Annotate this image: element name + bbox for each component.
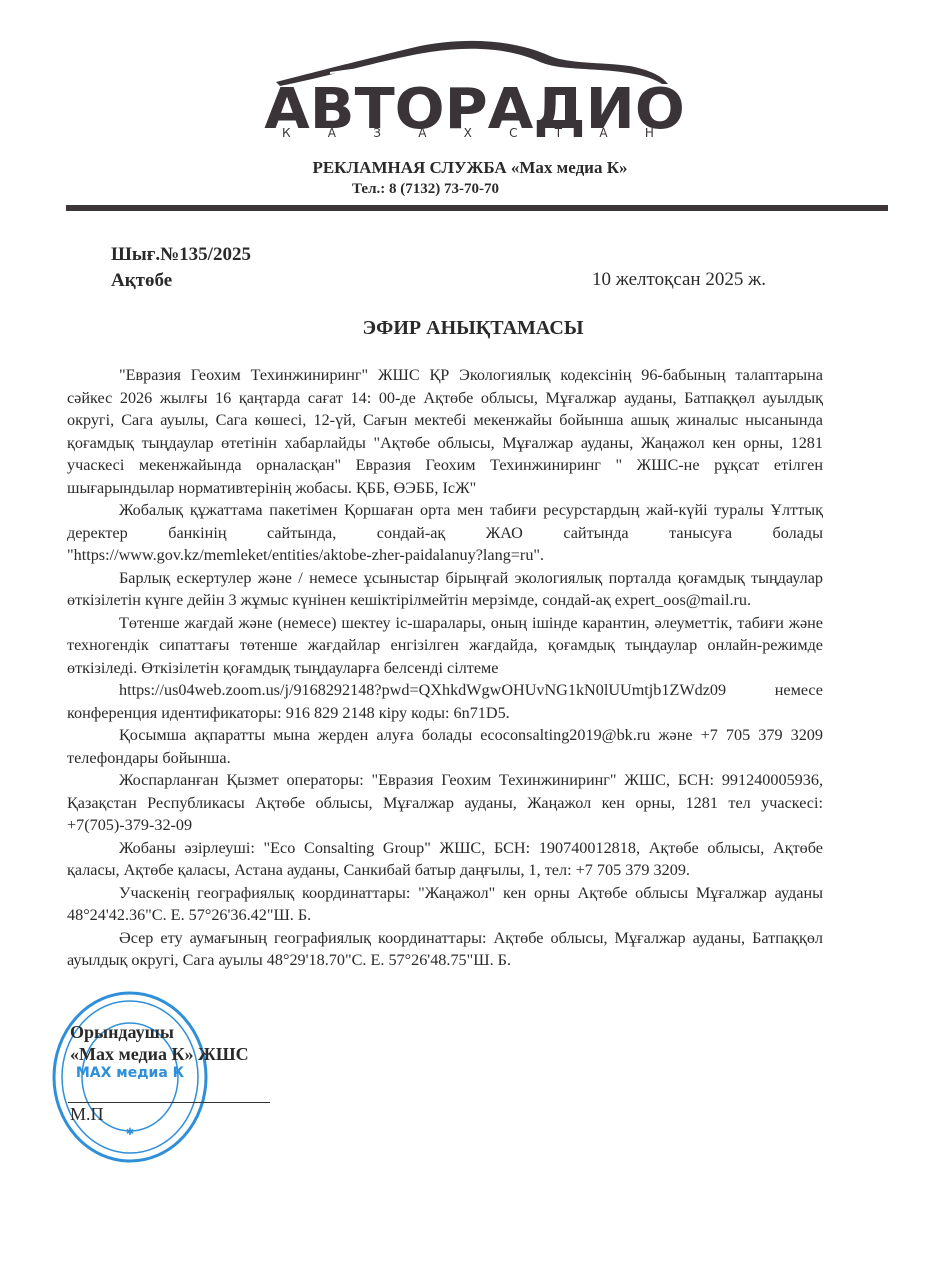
header-divider	[66, 205, 888, 211]
paragraph-operator: Жоспарланған Қызмет операторы: "Евразия …	[67, 769, 823, 837]
brand-subtitle-letter: А	[328, 126, 336, 140]
paragraph-zoom-link: https://us04web.zoom.us/j/9168292148?pwd…	[67, 679, 823, 724]
signature-line	[68, 1102, 270, 1103]
signer-organization: «Max медиа К» ЖШС	[70, 1044, 249, 1065]
paragraph-developer: Жобаны әзірлеуші: "Eco Consalting Group"…	[67, 837, 823, 882]
brand-subtitle-letter: К	[282, 126, 291, 140]
paragraph-comments: Барлық ескертулер және / немесе ұсыныста…	[67, 567, 823, 612]
brand-subtitle-letter: Т	[555, 126, 562, 140]
paragraph-impact-coordinates: Әсер ету аумағының географиялық координа…	[67, 927, 823, 972]
document-body: "Евразия Геохим Техинжиниринг" ЖШС ҚР Эк…	[67, 364, 823, 972]
svg-text:MAX медиа К: MAX медиа К	[76, 1065, 185, 1081]
company-stamp-icon: MAX медиа К ✱	[50, 985, 210, 1165]
city: Ақтөбе	[111, 270, 172, 292]
paragraph-contact: Қосымша ақпаратты мына жерден алуға бола…	[67, 724, 823, 769]
brand-subtitle-letter: Х	[464, 126, 472, 140]
brand-subtitle-letter: А	[418, 126, 426, 140]
document-date: 10 желтоқсан 2025 ж.	[592, 269, 766, 291]
service-line: РЕКЛАМНАЯ СЛУЖБА «Max медиа К»	[0, 158, 930, 178]
brand-subtitle-letter: Н	[645, 126, 654, 140]
document-title: ЭФИР АНЫҚТАМАСЫ	[0, 317, 930, 340]
seal-place-label: М.П	[70, 1104, 104, 1125]
svg-text:✱: ✱	[126, 1127, 134, 1138]
paragraph-announcement: "Евразия Геохим Техинжиниринг" ЖШС ҚР Эк…	[67, 364, 823, 499]
paragraph-site-coordinates: Учаскенің географиялық координаттары: "Ж…	[67, 882, 823, 927]
brand-subtitle: КАЗАХСТАН	[282, 126, 654, 140]
signer-role: Орындаушы	[70, 1022, 174, 1043]
paragraph-emergency: Төтенше жағдай және (немесе) шектеу іс-ш…	[67, 612, 823, 680]
phone-line: Тел.: 8 (7132) 73-70-70	[352, 181, 499, 198]
paragraph-documentation: Жобалық құжаттама пакетімен Қоршаған орт…	[67, 499, 823, 567]
brand-subtitle-letter: А	[599, 126, 607, 140]
reference-number: Шығ.№135/2025	[111, 244, 251, 266]
brand-subtitle-letter: С	[509, 126, 517, 140]
brand-subtitle-letter: З	[373, 126, 381, 140]
